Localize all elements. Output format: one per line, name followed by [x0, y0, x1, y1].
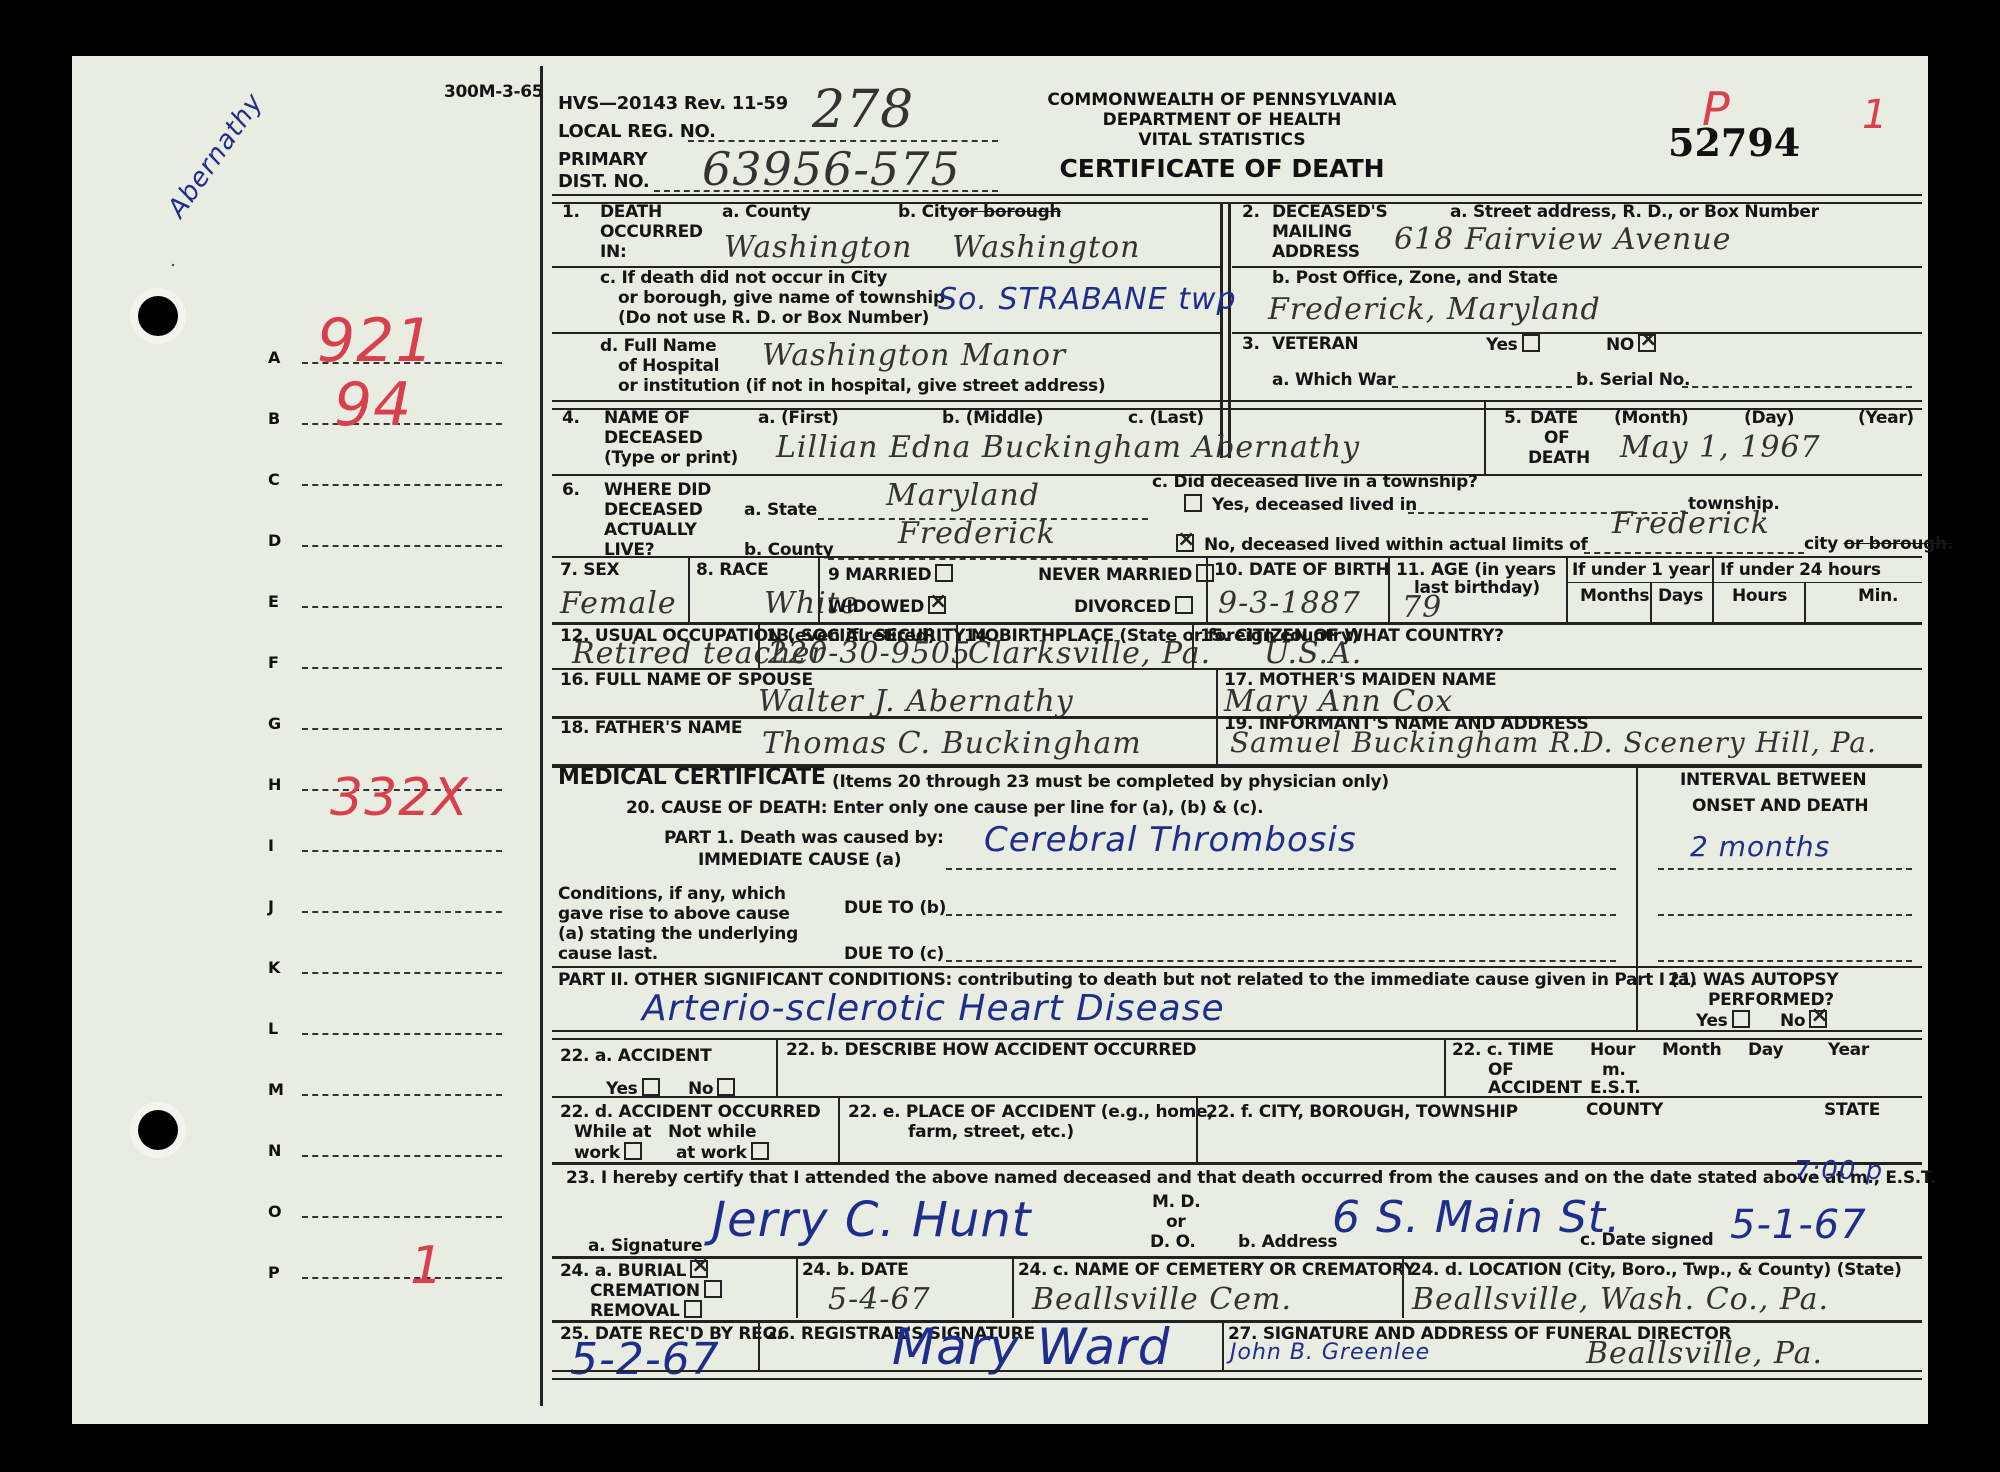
part2-value: Arterio-sclerotic Heart Disease — [642, 988, 1225, 1029]
autopsy-label-1: 21. WAS AUTOPSY — [1668, 970, 1838, 990]
margin-letter-l: L — [268, 1019, 278, 1038]
township-no-checkbox[interactable] — [1176, 534, 1194, 552]
hospital-label-3: or institution (if not in hospital, give… — [618, 376, 1105, 396]
township-no[interactable]: No, deceased lived within actual limits … — [1176, 534, 1588, 555]
margin-code-p: 1 — [410, 1236, 444, 1296]
local-reg-value: 278 — [812, 80, 914, 140]
section-rule — [552, 1030, 1922, 1040]
punch-hole — [138, 296, 178, 336]
accident-time-label-3: ACCIDENT — [1488, 1078, 1582, 1098]
serial-label: b. Serial No. — [1576, 370, 1690, 390]
autopsy-no[interactable]: No — [1780, 1010, 1827, 1031]
divorced-option[interactable]: DIVORCED — [1074, 596, 1193, 617]
accident-time-label-2: OF — [1488, 1060, 1513, 1080]
days-label: Days — [1658, 586, 1703, 606]
agency-line-1: COMMONWEALTH OF PENNSYLVANIA — [1022, 90, 1422, 110]
divider — [1804, 582, 1806, 622]
widowed-checkbox[interactable] — [928, 596, 946, 614]
veteran-no-checkbox[interactable] — [1638, 334, 1656, 352]
divider — [1220, 202, 1223, 458]
divider — [1192, 624, 1194, 668]
signature-label: a. Signature — [588, 1236, 702, 1256]
divider — [758, 624, 760, 668]
rule — [552, 556, 1922, 558]
conditions-3: (a) stating the underlying — [558, 924, 798, 944]
immediate-label: IMMEDIATE CAUSE (a) — [698, 850, 901, 870]
informant-value: Samuel Buckingham R.D. Scenery Hill, Pa. — [1230, 726, 1877, 759]
state-label: a. State — [744, 500, 817, 520]
margin-code-a: 921 — [317, 306, 435, 376]
hospital-label-2: of Hospital — [618, 356, 719, 376]
divider — [688, 558, 690, 622]
primary-dist-label-1: PRIMARY — [558, 150, 647, 170]
accident-est-label: E.S.T. — [1590, 1078, 1640, 1098]
divider — [1222, 1322, 1224, 1370]
hospital-label-1: d. Full Name — [600, 336, 716, 356]
margin-line-m — [302, 1094, 502, 1096]
death-date-value: May 1, 1967 — [1620, 430, 1821, 465]
margin-line-i — [302, 850, 502, 852]
citizen-value: U.S.A. — [1264, 636, 1362, 671]
rule — [1566, 582, 1922, 583]
due-c-line — [946, 960, 1616, 962]
spouse-value: Walter J. Abernathy — [758, 684, 1074, 719]
divider — [776, 1038, 778, 1096]
item4-num: 4. — [562, 408, 580, 428]
agency-line-3: VITAL STATISTICS — [1022, 130, 1422, 150]
month-label: (Month) — [1614, 408, 1688, 428]
divider — [1206, 558, 1208, 622]
due-b-line — [946, 914, 1616, 916]
death-city-value: Washington — [952, 230, 1140, 265]
veteran-yes[interactable]: Yes — [1486, 334, 1540, 355]
not-while-work-1: Not while — [668, 1122, 756, 1142]
item2-label-1: DECEASED'S — [1272, 202, 1387, 222]
street-label: a. Street address, R. D., or Box Number — [1450, 202, 1819, 222]
surname-note: Abernathy — [162, 88, 269, 224]
divider — [1484, 402, 1486, 474]
accident-time-label-1: 22. c. TIME — [1452, 1040, 1554, 1060]
dob-label: 10. DATE OF BIRTH — [1214, 560, 1389, 580]
autopsy-no-checkbox[interactable] — [1809, 1010, 1827, 1028]
day-label: (Day) — [1744, 408, 1794, 428]
cremation-checkbox[interactable] — [704, 1280, 722, 1298]
accident-yes-checkbox[interactable] — [642, 1078, 660, 1096]
immediate-cause-value: Cerebral Thrombosis — [984, 820, 1357, 860]
middle-label: b. (Middle) — [942, 408, 1043, 428]
accident-hour-label: Hour — [1590, 1040, 1635, 1060]
item4-label-1: NAME OF — [604, 408, 690, 428]
registrar-signature: Mary Ward — [892, 1318, 1170, 1376]
physician-signature: Jerry C. Hunt — [712, 1192, 1032, 1248]
death-township-value: So. STRABANE twp — [938, 282, 1237, 317]
married-option[interactable]: 9 MARRIED — [828, 564, 953, 585]
birthplace-value: Clarksville, Pa. — [968, 636, 1211, 671]
margin-line-k — [302, 972, 502, 974]
which-war-label: a. Which War — [1272, 370, 1395, 390]
do-label: D. O. — [1150, 1232, 1196, 1252]
margin-line-f — [302, 667, 502, 669]
autopsy-yes[interactable]: Yes — [1696, 1010, 1750, 1031]
veteran-label: VETERAN — [1272, 334, 1358, 354]
rule — [552, 1096, 1922, 1098]
margin-line-e — [302, 606, 502, 608]
or-label: or — [1166, 1212, 1185, 1232]
accident-label: 22. a. ACCIDENT — [560, 1046, 711, 1066]
certify-text: 23. I hereby certify that I attended the… — [566, 1168, 1844, 1188]
burial-location-label: 24. d. LOCATION (City, Boro., Twp., & Co… — [1410, 1260, 1902, 1280]
item6-label-1: WHERE DID — [604, 480, 711, 500]
margin-letter-n: N — [268, 1141, 281, 1160]
autopsy-yes-checkbox[interactable] — [1732, 1010, 1750, 1028]
township-label-2: or borough, give name of township — [618, 288, 945, 308]
margin-divider — [540, 66, 543, 1406]
item5-label-3: DEATH — [1528, 448, 1590, 468]
interval-a-line — [1658, 868, 1912, 870]
not-while-work-2[interactable]: at work — [676, 1142, 769, 1163]
accident-day-label: Day — [1748, 1040, 1783, 1060]
item5-num: 5. — [1504, 408, 1522, 428]
sex-value: Female — [560, 586, 677, 621]
race-label: 8. RACE — [696, 560, 768, 580]
age-value: 79 — [1402, 590, 1442, 625]
rule — [552, 966, 1922, 968]
widowed-option[interactable]: WIDOWED — [828, 596, 946, 617]
accident-m-label: m. — [1602, 1060, 1626, 1080]
while-at-work-checkbox[interactable] — [624, 1142, 642, 1160]
cemetery-value: Beallsville Cem. — [1032, 1282, 1292, 1317]
burial-option[interactable]: 24. a. BURIAL — [560, 1260, 708, 1281]
primary-dist-label-2: DIST. NO. — [558, 172, 649, 192]
rule — [552, 1256, 1922, 1259]
divorced-checkbox[interactable] — [1175, 596, 1193, 614]
first-label: a. (First) — [758, 408, 838, 428]
cause-label: 20. CAUSE OF DEATH: Enter only one cause… — [626, 798, 1263, 818]
city-label: b. Cityor borough — [898, 202, 1061, 222]
date-signed-value: 5-1-67 — [1730, 1202, 1867, 1248]
city-limits-line — [1584, 552, 1804, 554]
dob-value: 9-3-1887 — [1218, 586, 1361, 621]
divider — [1636, 766, 1638, 1030]
po-label: b. Post Office, Zone, and State — [1272, 268, 1558, 288]
margin-letter-p: P — [268, 1263, 280, 1282]
while-at-work-1: While at — [574, 1122, 651, 1142]
margin-code-h: 332X — [330, 768, 469, 828]
due-c-label: DUE TO (c) — [844, 944, 944, 964]
removal-option[interactable]: REMOVAL — [590, 1300, 702, 1321]
last-label: c. (Last) — [1128, 408, 1204, 428]
item6-label-2: DECEASED — [604, 500, 703, 520]
street-value: 618 Fairview Avenue — [1394, 222, 1731, 257]
margin-letter-i: I — [268, 836, 274, 855]
red-mark-p: P — [1702, 82, 1731, 136]
res-county-line — [828, 558, 1148, 560]
interval-label-1: INTERVAL BETWEEN — [1680, 770, 1866, 790]
margin-letter-m: M — [268, 1080, 284, 1099]
county-label: a. County — [722, 202, 811, 222]
township-label-3: (Do not use R. D. or Box Number) — [618, 308, 929, 328]
document-title: CERTIFICATE OF DEATH — [1022, 154, 1422, 183]
ssn-value: 220-30-9505 — [768, 636, 971, 671]
accident-state-label: STATE — [1824, 1100, 1880, 1120]
year-label: (Year) — [1858, 408, 1914, 428]
not-while-work-checkbox[interactable] — [751, 1142, 769, 1160]
item6-num: 6. — [562, 480, 580, 500]
divider — [1402, 1256, 1404, 1318]
item1-label-1: DEATH — [600, 202, 662, 222]
item6-label-3: ACTUALLY — [604, 520, 697, 540]
divider — [1444, 1038, 1446, 1096]
accident-no-checkbox[interactable] — [717, 1078, 735, 1096]
divider — [758, 1322, 760, 1370]
item3-num: 3. — [1242, 334, 1260, 354]
item2-num: 2. — [1242, 202, 1260, 222]
item5-label-1: DATE — [1530, 408, 1578, 428]
divider — [1566, 558, 1568, 622]
md-label: M. D. — [1152, 1192, 1200, 1212]
accident-place-label-1: 22. e. PLACE OF ACCIDENT (e.g., home, — [848, 1102, 1213, 1122]
interval-c-line — [1658, 960, 1912, 962]
township-label-1: c. If death did not occur in City — [600, 268, 887, 288]
conditions-1: Conditions, if any, which — [558, 884, 786, 904]
rule — [552, 1162, 1922, 1165]
item1-num: 1. — [562, 202, 580, 222]
divider — [1712, 558, 1714, 622]
margin-line-p — [302, 1277, 502, 1279]
city-limits-value: Frederick — [1612, 506, 1770, 541]
age-label-1: 11. AGE (in years — [1396, 560, 1556, 580]
margin-line-d — [302, 545, 502, 547]
divider — [1196, 1096, 1198, 1162]
margin-letter-c: C — [268, 470, 280, 489]
bottom-rule — [552, 1370, 1922, 1380]
interval-a-value: 2 months — [1690, 830, 1830, 863]
removal-checkbox[interactable] — [684, 1300, 702, 1318]
medical-title: MEDICAL CERTIFICATE — [558, 768, 826, 788]
death-time-suffix: m., E.S.T. — [1850, 1168, 1936, 1188]
death-certificate: 300M-3-65 Abernathy ABCDEFGHIJKLMNOP 921… — [72, 56, 1928, 1424]
township-yes[interactable]: Yes, deceased lived in — [1184, 494, 1417, 515]
immediate-line — [946, 868, 1616, 870]
divider — [1388, 558, 1390, 622]
accident-city-label: 22. f. CITY, BOROUGH, TOWNSHIP — [1206, 1102, 1518, 1122]
interval-label-2: ONSET AND DEATH — [1692, 796, 1868, 816]
physician-address: 6 S. Main St. — [1332, 1192, 1621, 1243]
medical-subtitle: (Items 20 through 23 must be completed b… — [832, 772, 1389, 792]
item4-label-3: (Type or print) — [604, 448, 738, 468]
sex-label: 7. SEX — [560, 560, 619, 580]
item1-label-2: OCCURRED — [600, 222, 703, 242]
married-checkbox[interactable] — [935, 564, 953, 582]
divider — [1228, 202, 1231, 458]
residence-state-value: Maryland — [886, 478, 1040, 513]
hours-label: Hours — [1732, 586, 1787, 606]
under-24-hours-label: If under 24 hours — [1720, 560, 1881, 580]
part2-label: PART II. OTHER SIGNIFICANT CONDITIONS: c… — [558, 970, 1697, 990]
veteran-no[interactable]: NO — [1606, 334, 1656, 355]
punch-hole — [138, 1110, 178, 1150]
divider — [818, 558, 820, 622]
conditions-4: cause last. — [558, 944, 658, 964]
township-question: c. Did deceased live in a township? — [1152, 472, 1478, 492]
accident-month-label: Month — [1662, 1040, 1721, 1060]
city-suffix: city or borough. — [1804, 534, 1953, 554]
conditions-2: gave rise to above cause — [558, 904, 790, 924]
accident-county-label: COUNTY — [1586, 1100, 1663, 1120]
date-signed-label: c. Date signed — [1580, 1230, 1713, 1250]
red-mark-1: 1 — [1862, 92, 1888, 138]
cremation-option[interactable]: CREMATION — [590, 1280, 722, 1301]
funeral-director-address: Beallsville, Pa. — [1586, 1336, 1823, 1371]
serial-line — [1682, 386, 1912, 388]
accident-occurred-label: 22. d. ACCIDENT OCCURRED — [560, 1102, 820, 1122]
burial-location-value: Beallsville, Wash. Co., Pa. — [1412, 1282, 1829, 1317]
margin-letter-e: E — [268, 592, 279, 611]
item1-label-3: IN: — [600, 242, 626, 262]
which-war-line — [1392, 386, 1572, 388]
veteran-yes-checkbox[interactable] — [1522, 334, 1540, 352]
accident-how-label: 22. b. DESCRIBE HOW ACCIDENT OCCURRED — [786, 1040, 1196, 1060]
margin-line-o — [302, 1216, 502, 1218]
margin-letter-g: G — [268, 714, 281, 733]
divider — [796, 1256, 798, 1318]
due-b-label: DUE TO (b) — [844, 898, 946, 918]
margin-line-l — [302, 1033, 502, 1035]
local-reg-label: LOCAL REG. NO. — [558, 122, 716, 142]
margin-letter-h: H — [268, 775, 281, 794]
certificate-number: 52794 — [1668, 120, 1800, 165]
address-label: b. Address — [1238, 1232, 1337, 1252]
margin-line-n — [302, 1155, 502, 1157]
divider — [838, 1096, 840, 1162]
item4-label-2: DECEASED — [604, 428, 703, 448]
margin-line-g — [302, 728, 502, 730]
never-married-option[interactable]: NEVER MARRIED — [1038, 564, 1214, 585]
item2-label-2: MAILING — [1272, 222, 1352, 242]
po-value: Frederick, Maryland — [1268, 292, 1601, 327]
rule — [552, 332, 1220, 334]
note-underline — [172, 264, 175, 267]
divider — [1650, 582, 1652, 622]
father-value: Thomas C. Buckingham — [762, 726, 1142, 761]
accident-place-label-2: farm, street, etc.) — [908, 1122, 1074, 1142]
deceased-name-value: Lillian Edna Buckingham Abernathy — [776, 430, 1360, 465]
margin-code-b: 94 — [334, 370, 412, 440]
margin-letter-a: A — [268, 348, 280, 367]
while-at-work-2[interactable]: work — [574, 1142, 642, 1163]
margin-line-j — [302, 911, 502, 913]
item2-label-3: ADDRESS — [1272, 242, 1360, 262]
margin-letter-f: F — [268, 653, 279, 672]
form-code: 300M-3-65 — [444, 82, 543, 102]
form-number: HVS—20143 Rev. 11-59 — [558, 94, 788, 114]
margin-letter-d: D — [268, 531, 281, 550]
primary-dist-value: 63956-575 — [702, 142, 961, 196]
burial-date-value: 5-4-67 — [828, 1282, 931, 1317]
funeral-director-signature: John B. Greenlee — [1230, 1340, 1430, 1365]
margin-letter-j: J — [268, 897, 274, 916]
margin-letter-k: K — [268, 958, 280, 977]
father-label: 18. FATHER'S NAME — [560, 718, 742, 738]
cemetery-label: 24. c. NAME OF CEMETERY OR CREMATORY — [1018, 1260, 1416, 1280]
township-yes-checkbox[interactable] — [1184, 494, 1202, 512]
part1-label: PART 1. Death was caused by: — [664, 828, 944, 848]
margin-letter-b: B — [268, 409, 280, 428]
interval-b-line — [1658, 914, 1912, 916]
burial-date-label: 24. b. DATE — [802, 1260, 908, 1280]
burial-checkbox[interactable] — [690, 1260, 708, 1278]
agency-line-2: DEPARTMENT OF HEALTH — [1022, 110, 1422, 130]
hospital-value: Washington Manor — [762, 338, 1066, 373]
divider — [1012, 1256, 1014, 1318]
margin-line-c — [302, 484, 502, 486]
min-label: Min. — [1858, 586, 1898, 606]
death-county-value: Washington — [724, 230, 912, 265]
divider — [956, 624, 958, 668]
margin-letter-o: O — [268, 1202, 282, 1221]
under-1-year-label: If under 1 year — [1572, 560, 1710, 580]
accident-year-label: Year — [1828, 1040, 1869, 1060]
item5-label-2: OF — [1544, 428, 1569, 448]
months-label: Months — [1580, 586, 1649, 606]
residence-county-value: Frederick — [898, 516, 1056, 551]
